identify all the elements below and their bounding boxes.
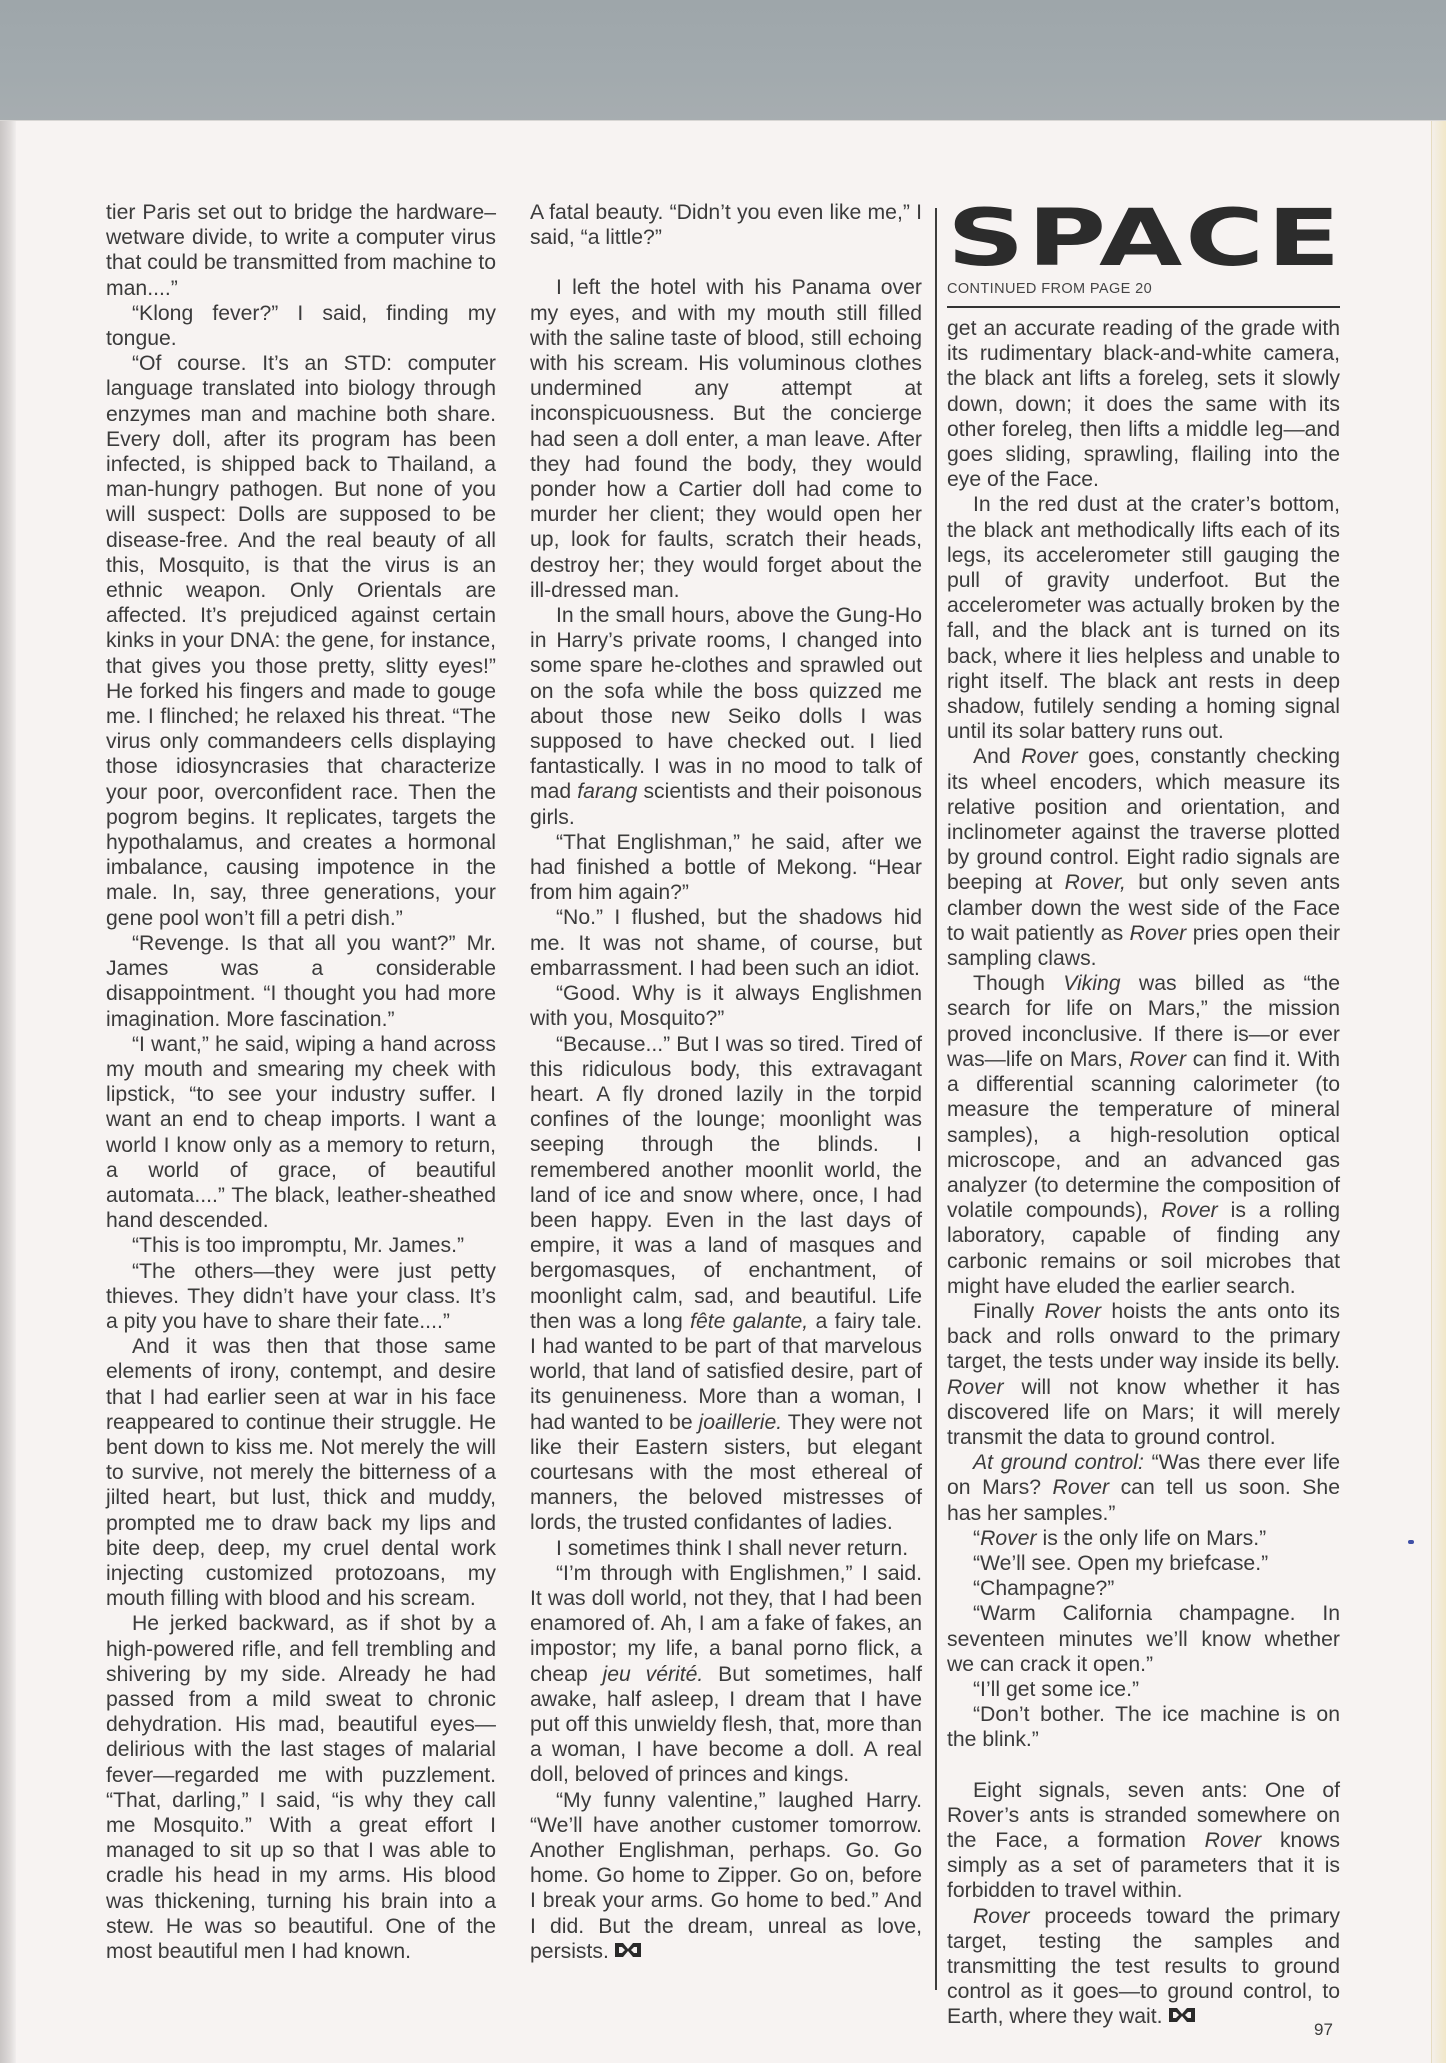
paragraph: “Klong fever?” I said, finding my tongue…	[106, 301, 496, 351]
paragraph: get an accurate reading of the grade wit…	[947, 316, 1340, 492]
section-logo: SPACE	[947, 204, 1446, 276]
paragraph: “I’m through with Englishmen,” I said. I…	[530, 1561, 922, 1788]
text-run: will not know whether it has discovered …	[947, 1376, 1340, 1449]
paragraph: Finally Rover hoists the ants onto its b…	[947, 1299, 1340, 1450]
paragraph: “Good. Why is it always Englishmen with …	[530, 981, 922, 1031]
paragraph: “We’ll see. Open my briefcase.”	[947, 1551, 1340, 1576]
article-column-2: A fatal beauty. “Didn’t you even like me…	[530, 200, 922, 1964]
italic-text: Rover	[1205, 1829, 1262, 1852]
paragraph: tier Paris set out to bridge the hardwar…	[106, 200, 496, 301]
text-run: Finally	[973, 1300, 1045, 1323]
column-divider	[935, 208, 937, 1990]
italic-text: Rover,	[1065, 871, 1126, 894]
text-run: can find it. With a differential scannin…	[947, 1048, 1340, 1222]
italic-text: joaillerie.	[699, 1411, 783, 1434]
italic-text: farang	[577, 780, 637, 803]
italic-text: Rover	[1053, 1476, 1110, 1499]
text-run: is the only life on Mars.”	[1037, 1527, 1267, 1550]
italic-text: Rover	[1161, 1199, 1218, 1222]
scanner-background	[0, 0, 1446, 122]
paragraph: “I’ll get some ice.”	[947, 1677, 1340, 1702]
italic-text: Rover	[1045, 1300, 1102, 1323]
italic-text: Rover	[1130, 1048, 1187, 1071]
text-run: In the small hours, above the Gung-Ho in…	[530, 604, 922, 803]
infinity-end-mark-icon	[1167, 2006, 1197, 2024]
paragraph: “Revenge. Is that all you want?” Mr. Jam…	[106, 931, 496, 1032]
paragraph: Eight signals, seven ants: One of Rover’…	[947, 1778, 1340, 1904]
paragraph: “This is too impromptu, Mr. James.”	[106, 1233, 496, 1258]
page-gutter-shadow	[0, 121, 16, 2063]
article-column-3: SPACE CONTINUED FROM PAGE 20 get an accu…	[947, 200, 1340, 2030]
italic-text: Rover	[1021, 745, 1078, 768]
paragraph: “Warm California champagne. In seventeen…	[947, 1601, 1340, 1677]
italic-text: Rover	[1130, 922, 1187, 945]
italic-text: jeu vérité.	[603, 1663, 704, 1686]
italic-text: fête galante,	[690, 1310, 808, 1333]
italic-text: Rover	[973, 1905, 1030, 1928]
text-run: Though	[973, 972, 1063, 995]
italic-text: Rover	[947, 1376, 1004, 1399]
article-column-1: tier Paris set out to bridge the hardwar…	[106, 200, 496, 1964]
ink-speck	[1408, 1540, 1414, 1544]
paragraph: And it was then that those same elements…	[106, 1334, 496, 1611]
paragraph: A fatal beauty. “Didn’t you even like me…	[530, 200, 922, 250]
paragraph: “Of course. It’s an STD: computer langua…	[106, 351, 496, 931]
page-edge	[1431, 121, 1446, 2063]
text-run: “My funny valentine,” laughed Harry. “We…	[530, 1789, 922, 1963]
paragraph: “That Englishman,” he said, after we had…	[530, 830, 922, 906]
italic-text: Rover	[980, 1527, 1037, 1550]
paragraph: “Champagne?”	[947, 1576, 1340, 1601]
paragraph: Rover proceeds toward the primary target…	[947, 1904, 1340, 2030]
italic-text: At ground control:	[973, 1451, 1144, 1474]
paragraph: “No.” I flushed, but the shadows hid me.…	[530, 905, 922, 981]
paragraph: In the red dust at the crater’s bottom, …	[947, 492, 1340, 744]
text-run: “	[973, 1527, 980, 1550]
paragraph: “Don’t bother. The ice machine is on the…	[947, 1702, 1340, 1752]
page-number: 97	[1314, 2020, 1333, 2040]
paragraph: He jerked backward, as if shot by a high…	[106, 1611, 496, 1964]
text-run: “Because...” But I was so tired. Tired o…	[530, 1033, 922, 1333]
text-run: And	[973, 745, 1021, 768]
paragraph: I left the hotel with his Panama over my…	[530, 275, 922, 603]
paragraph: In the small hours, above the Gung-Ho in…	[530, 603, 922, 830]
paragraph: “Rover is the only life on Mars.”	[947, 1526, 1340, 1551]
italic-text: Viking	[1063, 972, 1120, 995]
paragraph: At ground control: “Was there ever life …	[947, 1450, 1340, 1526]
infinity-end-mark-icon	[613, 1941, 643, 1959]
paragraph: I sometimes think I shall never return.	[530, 1536, 922, 1561]
paragraph: “Because...” But I was so tired. Tired o…	[530, 1032, 922, 1536]
paragraph: Though Viking was billed as “the search …	[947, 971, 1340, 1299]
continued-from-note: CONTINUED FROM PAGE 20	[947, 280, 1340, 308]
paragraph: “The others—they were just petty thieves…	[106, 1259, 496, 1335]
paragraph: And Rover goes, constantly checking its …	[947, 744, 1340, 971]
paragraph: “I want,” he said, wiping a hand across …	[106, 1032, 496, 1234]
paragraph: “My funny valentine,” laughed Harry. “We…	[530, 1788, 922, 1964]
